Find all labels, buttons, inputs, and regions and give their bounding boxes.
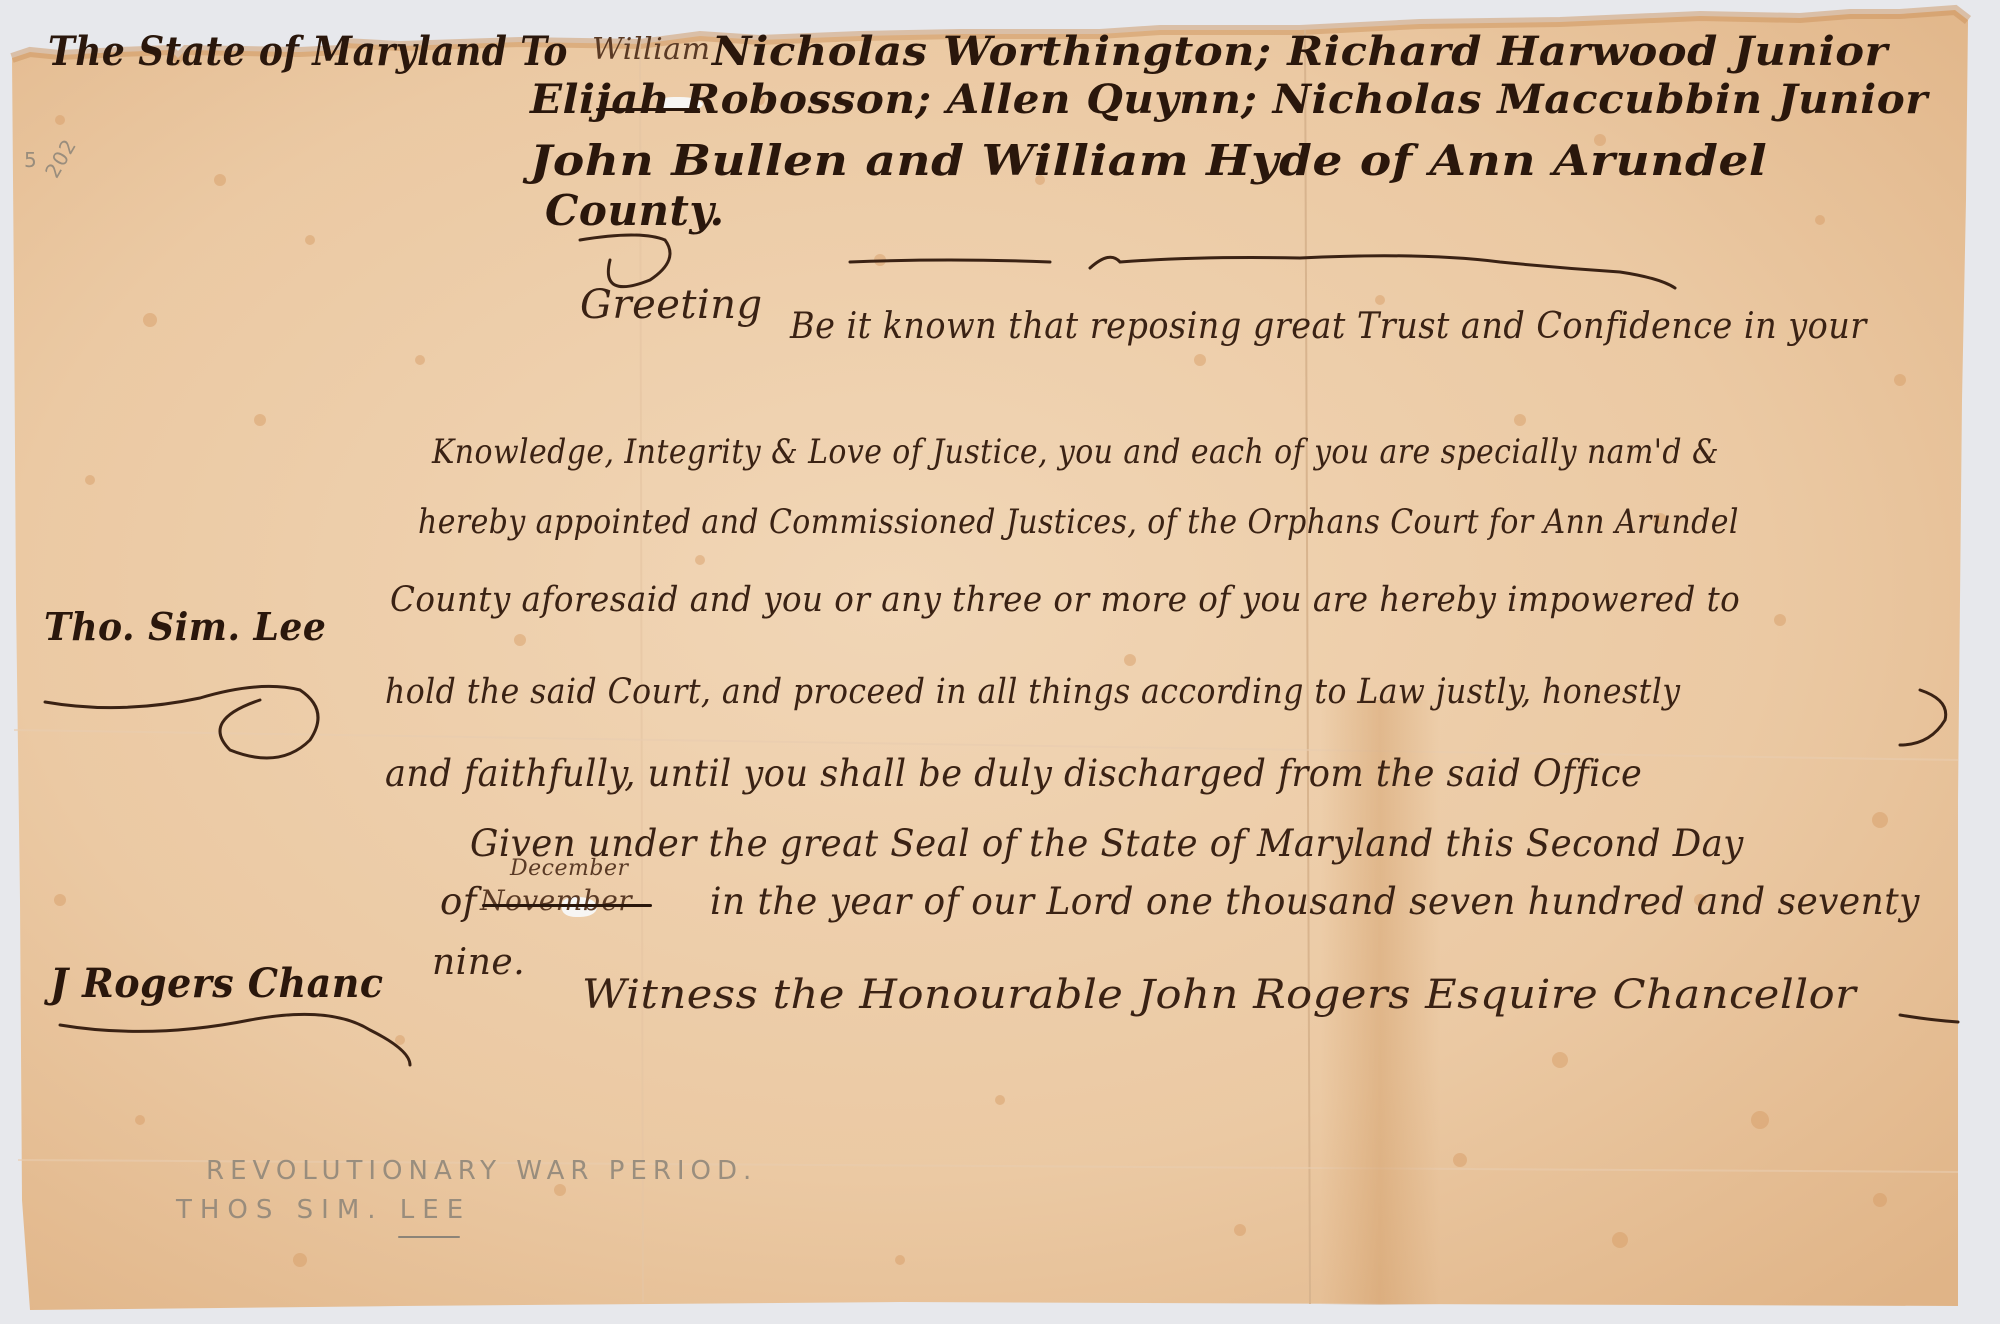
addressee-line-2: Elijah Robosson; Allen Quynn; Nicholas M… [530,76,1928,123]
body-line-3: hereby appointed and Commissioned Justic… [418,502,1739,542]
addressee-county: County. [545,186,725,235]
pencil-note-line-2: THOS SIM. LEE [176,1195,471,1225]
body-line-2: Knowledge, Integrity & Love of Justice, … [432,432,1719,472]
signature-chancellor: J Rogers Chanc [50,960,383,1007]
strikethrough-line [482,904,652,907]
signature-governor: Tho. Sim. Lee [44,604,326,649]
struck-month: November [480,884,632,917]
addressee-line-3: John Bullen and William Hyde of Ann Arun… [530,136,1767,185]
pencil-margin-number-1: 5 [24,148,38,172]
given-line-2-rest: in the year of our Lord one thousand sev… [710,880,1920,923]
paper-background [0,0,2000,1324]
document-heading: The State of Maryland To [48,28,568,75]
given-line-1: Given under the great Seal of the State … [470,822,1744,865]
pencil-underline [398,1236,460,1238]
document-paper: The State of Maryland To William Nichola… [0,0,2000,1324]
given-line-2-prefix: of [440,880,477,923]
greeting: Greeting [580,282,763,328]
body-line-1: Be it known that reposing great Trust an… [790,306,1867,347]
given-line-3: nine. [432,942,525,983]
addressee-line-1: Nicholas Worthington; Richard Harwood Ju… [712,28,1888,75]
struck-word: William [592,32,711,67]
inserted-month: December [510,856,628,881]
body-line-4: County aforesaid and you or any three or… [390,580,1740,620]
body-line-6: and faithfully, until you shall be duly … [385,752,1642,795]
witness-line: Witness the Honourable John Rogers Esqui… [582,972,1856,1018]
pencil-note-line-1: REVOLUTIONARY WAR PERIOD. [206,1156,757,1186]
body-line-5: hold the said Court, and proceed in all … [385,672,1680,712]
